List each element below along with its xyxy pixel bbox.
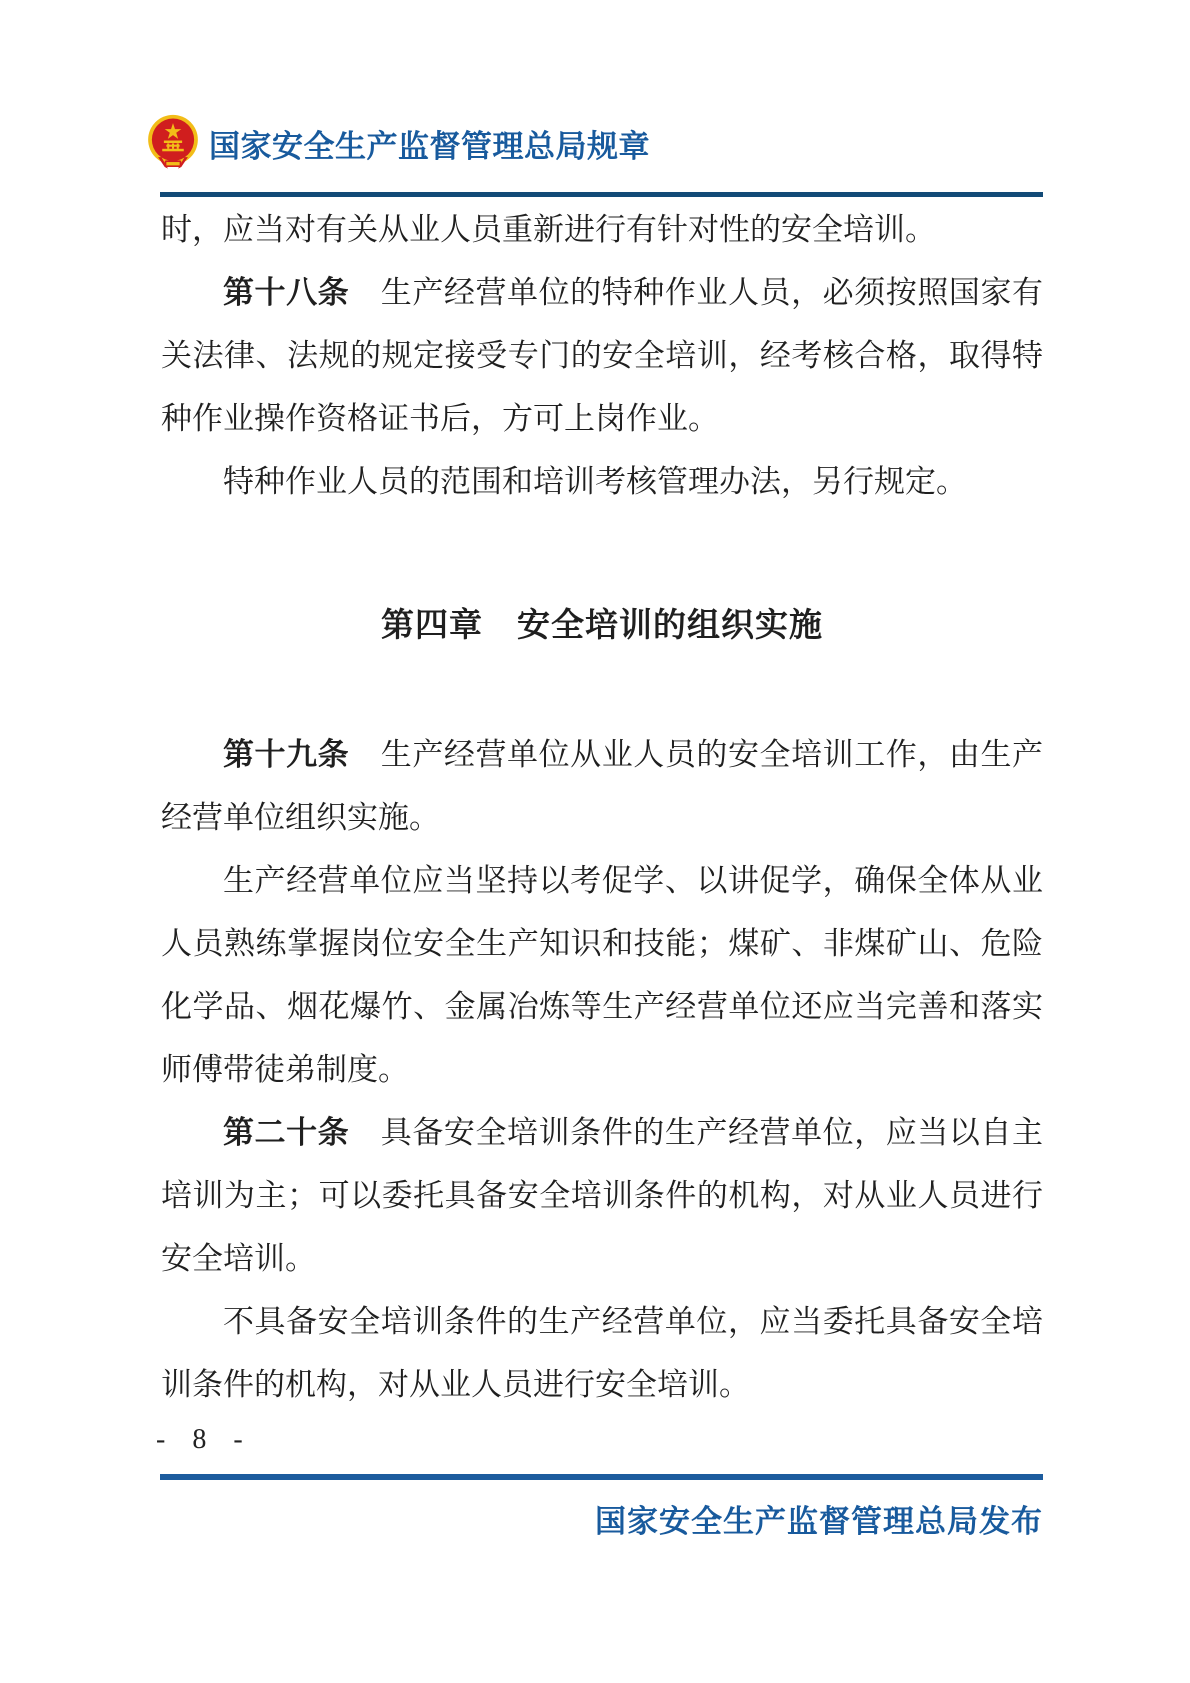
text-line: 人员熟练掌握岗位安全生产知识和技能；煤矿、非煤矿山、危险 <box>161 912 1043 975</box>
article-number: 第十八条 <box>223 275 349 310</box>
text-line: 不具备安全培训条件的生产经营单位，应当委托具备安全培 <box>161 1290 1043 1353</box>
text-line: 化学品、烟花爆竹、金属冶炼等生产经营单位还应当完善和落实 <box>161 975 1043 1038</box>
text-line: 第二十条 具备安全培训条件的生产经营单位，应当以自主 <box>161 1101 1043 1164</box>
text-line: 种作业操作资格证书后，方可上岗作业。 <box>161 387 1043 450</box>
page-number: - 8 - <box>156 1424 253 1456</box>
china-national-emblem-icon <box>146 114 200 172</box>
text-line: 第十九条 生产经营单位从业人员的安全培训工作，由生产 <box>161 723 1043 786</box>
text-line: 师傅带徒弟制度。 <box>161 1038 1043 1101</box>
text-line: 关法律、法规的规定接受专门的安全培训，经考核合格，取得特 <box>161 324 1043 387</box>
article-number: 第十九条 <box>223 737 349 772</box>
document-body: 时，应当对有关从业人员重新进行有针对性的安全培训。第十八条 生产经营单位的特种作… <box>161 198 1043 1416</box>
header-rule <box>160 192 1043 197</box>
text-line: 时，应当对有关从业人员重新进行有针对性的安全培训。 <box>161 198 1043 261</box>
text-line: 生产经营单位应当坚持以考促学、以讲促学，确保全体从业 <box>161 849 1043 912</box>
document-page: 国家安全生产监督管理总局规章 时，应当对有关从业人员重新进行有针对性的安全培训。… <box>0 0 1190 1683</box>
text-line: 特种作业人员的范围和培训考核管理办法，另行规定。 <box>161 450 1043 513</box>
text-line: 经营单位组织实施。 <box>161 786 1043 849</box>
footer-publisher: 国家安全生产监督管理总局发布 <box>161 1496 1043 1541</box>
page-header: 国家安全生产监督管理总局规章 <box>146 112 1043 174</box>
article-number: 第二十条 <box>223 1115 349 1150</box>
text-line: 培训为主；可以委托具备安全培训条件的机构，对从业人员进行 <box>161 1164 1043 1227</box>
header-title: 国家安全生产监督管理总局规章 <box>209 121 650 166</box>
footer-rule <box>160 1474 1043 1480</box>
text-line: 训条件的机构，对从业人员进行安全培训。 <box>161 1353 1043 1416</box>
text-line: 安全培训。 <box>161 1227 1043 1290</box>
chapter-heading: 第四章 安全培训的组织实施 <box>161 595 1043 658</box>
text-line: 第十八条 生产经营单位的特种作业人员，必须按照国家有 <box>161 261 1043 324</box>
